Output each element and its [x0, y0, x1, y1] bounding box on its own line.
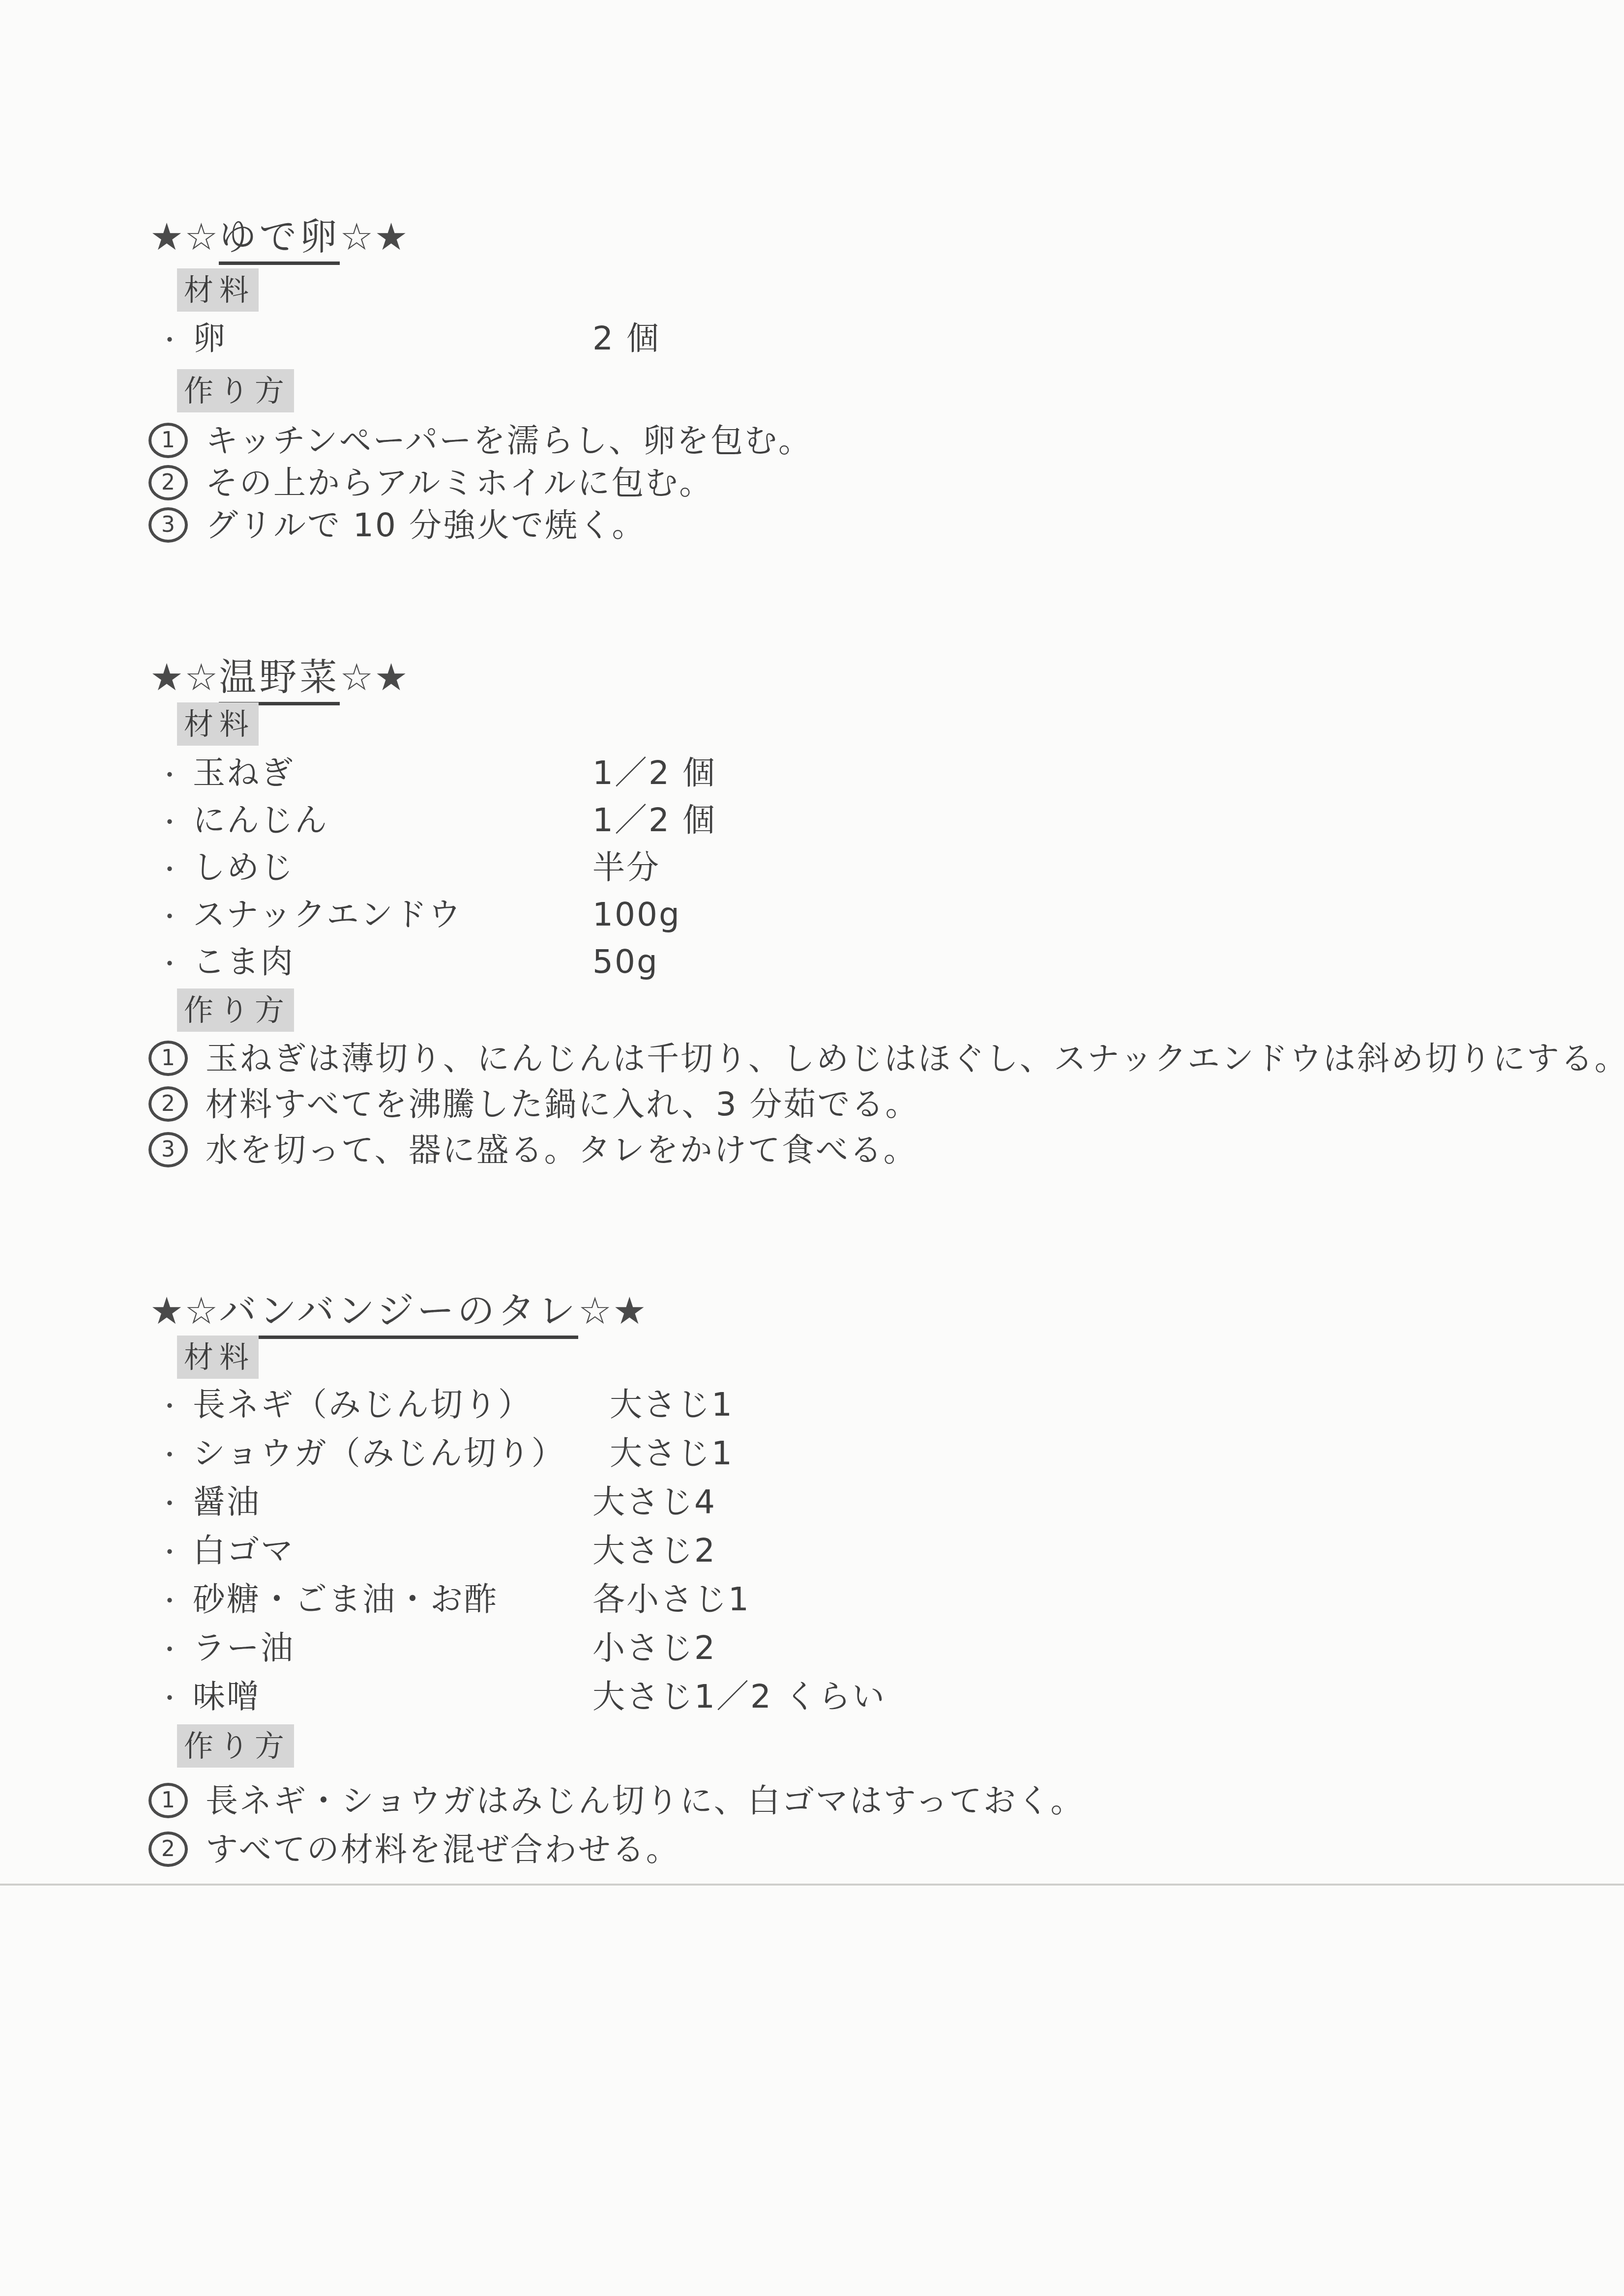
ingredient-row: ・醤油 大さじ4 — [0, 1483, 1624, 1520]
step-number-circle: 1 — [148, 1041, 188, 1076]
step-row: 3 水を切って、器に盛る。タレをかけて食べる。 — [148, 1131, 1624, 1169]
ingredient-name: 玉ねぎ — [193, 754, 295, 792]
recipe-section-yudetamago: ★☆ゆで卵☆★ 材料 ・卵 2 個 作り方 1 キッチンペーパーを濡らし、卵を包… — [0, 216, 1624, 545]
bullet-dot: ・ — [157, 899, 182, 935]
step-number-circle: 2 — [148, 1831, 188, 1867]
step-row: 1 キッチンペーパーを濡らし、卵を包む。 — [148, 422, 1624, 460]
bullet-dot: ・ — [157, 1583, 182, 1620]
ingredient-name: こま肉 — [193, 943, 295, 981]
recipe-title: ★☆バンバンジーのタレ☆★ — [150, 1290, 1624, 1332]
step-row: 3 グリルで 10 分強火で焼く。 — [148, 506, 1624, 545]
step-text: キッチンペーパーを濡らし、卵を包む。 — [206, 422, 812, 460]
step-number-circle: 2 — [148, 465, 188, 500]
bullet-dot: ・ — [157, 1534, 182, 1571]
ingredient-row: ・ラー油 小さじ2 — [0, 1629, 1624, 1666]
step-row: 2 すべての材料を混ぜ合わせる。 — [148, 1831, 1624, 1869]
star-decoration-left: ★☆ — [150, 1289, 219, 1333]
step-row: 2 材料すべてを沸騰した鍋に入れ、3 分茹でる。 — [148, 1085, 1624, 1124]
ingredient-name: 砂糖・ごま油・お酢 — [193, 1580, 498, 1618]
ingredients-label: 材料 — [177, 1336, 259, 1379]
recipe-title-text: 温野菜 — [219, 655, 340, 705]
ingredient-qty: 小さじ2 — [592, 1629, 716, 1666]
step-text: すべての材料を混ぜ合わせる。 — [206, 1831, 680, 1869]
ingredient-row: ・長ネギ（みじん切り） 大さじ1 — [0, 1386, 1624, 1423]
bullet-dot: ・ — [157, 804, 182, 841]
recipe-title-text: バンバンジーのタレ — [219, 1289, 578, 1339]
step-text: その上からアルミホイルに包む。 — [206, 464, 713, 502]
ingredient-row: ・にんじん 1／2 個 — [0, 802, 1624, 839]
ingredient-row: ・味噌 大さじ1／2 くらい — [0, 1678, 1624, 1715]
step-text: 水を切って、器に盛る。タレをかけて食べる。 — [206, 1131, 917, 1169]
ingredient-name: スナックエンドウ — [193, 896, 462, 933]
star-decoration-right: ☆★ — [340, 655, 409, 699]
star-decoration-left: ★☆ — [150, 215, 219, 259]
step-text: グリルで 10 分強火で焼く。 — [206, 506, 646, 545]
ingredients-label: 材料 — [177, 268, 259, 312]
bullet-dot: ・ — [157, 1485, 182, 1522]
ingredient-name: にんじん — [193, 801, 328, 839]
ingredient-name: しめじ — [193, 848, 295, 886]
step-number-circle: 1 — [148, 423, 188, 458]
recipe-section-banbanji-tare: ★☆バンバンジーのタレ☆★ 材料 ・長ネギ（みじん切り） 大さじ1 ・ショウガ（… — [0, 1290, 1624, 1869]
step-row: 1 玉ねぎは薄切り、にんじんは千切り、しめじはほぐし、スナックエンドウは斜め切り… — [148, 1040, 1624, 1078]
ingredient-row: ・しめじ 半分 — [0, 849, 1624, 886]
ingredient-row: ・玉ねぎ 1／2 個 — [0, 755, 1624, 791]
step-number-circle: 3 — [148, 507, 188, 543]
ingredient-name: 白ゴマ — [193, 1532, 295, 1569]
steps-label: 作り方 — [177, 988, 294, 1032]
step-text: 玉ねぎは薄切り、にんじんは千切り、しめじはほぐし、スナックエンドウは斜め切りにす… — [206, 1040, 1624, 1078]
star-decoration-right: ☆★ — [578, 1289, 647, 1333]
bullet-dot: ・ — [157, 946, 182, 983]
ingredient-row: ・砂糖・ごま油・お酢 各小さじ1 — [0, 1581, 1624, 1618]
bullet-dot: ・ — [157, 757, 182, 794]
bullet-dot: ・ — [157, 322, 182, 359]
steps-label: 作り方 — [177, 1724, 294, 1768]
bullet-dot: ・ — [157, 1437, 182, 1474]
recipe-title: ★☆ゆで卵☆★ — [150, 216, 1624, 258]
ingredient-qty: 50g — [592, 943, 659, 980]
step-number-circle: 3 — [148, 1132, 188, 1167]
ingredient-row: ・スナックエンドウ 100g — [0, 896, 1624, 933]
step-row: 2 その上からアルミホイルに包む。 — [148, 464, 1624, 502]
ingredient-qty: 1／2 個 — [592, 755, 716, 791]
ingredient-row: ・卵 2 個 — [0, 320, 1624, 357]
step-number-circle: 1 — [148, 1783, 188, 1818]
recipe-title-text: ゆで卵 — [219, 215, 340, 265]
ingredient-row: ・ショウガ（みじん切り） 大さじ1 — [0, 1435, 1624, 1472]
ingredient-qty: 1／2 個 — [592, 802, 716, 839]
bullet-dot: ・ — [157, 1631, 182, 1668]
ingredient-row: ・こま肉 50g — [0, 943, 1624, 980]
step-number-circle: 2 — [148, 1086, 188, 1122]
bullet-dot: ・ — [157, 1388, 182, 1425]
ingredient-qty: 大さじ2 — [592, 1532, 716, 1569]
ingredient-name: 長ネギ（みじん切り） — [193, 1386, 532, 1424]
ingredient-name: 醤油 — [193, 1483, 261, 1521]
bullet-dot: ・ — [157, 851, 182, 888]
ingredient-qty: 大さじ4 — [592, 1483, 716, 1520]
step-row: 1 長ネギ・ショウガはみじん切りに、白ゴマはすっておく。 — [148, 1782, 1624, 1820]
ingredient-qty: 100g — [592, 896, 681, 933]
ingredient-qty: 半分 — [592, 849, 660, 886]
recipe-section-onyasai: ★☆温野菜☆★ 材料 ・玉ねぎ 1／2 個 ・にんじん 1／2 個 ・しめじ 半… — [0, 657, 1624, 1170]
recipe-title: ★☆温野菜☆★ — [150, 657, 1624, 698]
ingredient-qty: 大さじ1／2 くらい — [592, 1678, 886, 1715]
star-decoration-right: ☆★ — [340, 215, 409, 259]
ingredients-label: 材料 — [177, 702, 259, 746]
star-decoration-left: ★☆ — [150, 655, 219, 699]
step-text: 長ネギ・ショウガはみじん切りに、白ゴマはすっておく。 — [206, 1782, 1084, 1820]
bullet-dot: ・ — [157, 1680, 182, 1717]
recipe-page: ★☆ゆで卵☆★ 材料 ・卵 2 個 作り方 1 キッチンペーパーを濡らし、卵を包… — [0, 0, 1624, 2296]
step-text: 材料すべてを沸騰した鍋に入れ、3 分茹でる。 — [206, 1085, 919, 1124]
ingredient-name: ラー油 — [193, 1629, 295, 1667]
ingredient-qty: 大さじ1 — [610, 1435, 734, 1472]
scan-edge-divider — [0, 1884, 1624, 1886]
ingredient-name: ショウガ（みじん切り） — [193, 1434, 565, 1472]
ingredient-qty: 各小さじ1 — [592, 1581, 750, 1618]
ingredient-qty: 大さじ1 — [610, 1386, 734, 1423]
ingredient-qty: 2 個 — [592, 320, 660, 357]
steps-label: 作り方 — [177, 369, 294, 412]
ingredient-row: ・白ゴマ 大さじ2 — [0, 1532, 1624, 1569]
ingredient-name: 味噌 — [193, 1678, 261, 1715]
ingredient-name: 卵 — [193, 320, 227, 357]
